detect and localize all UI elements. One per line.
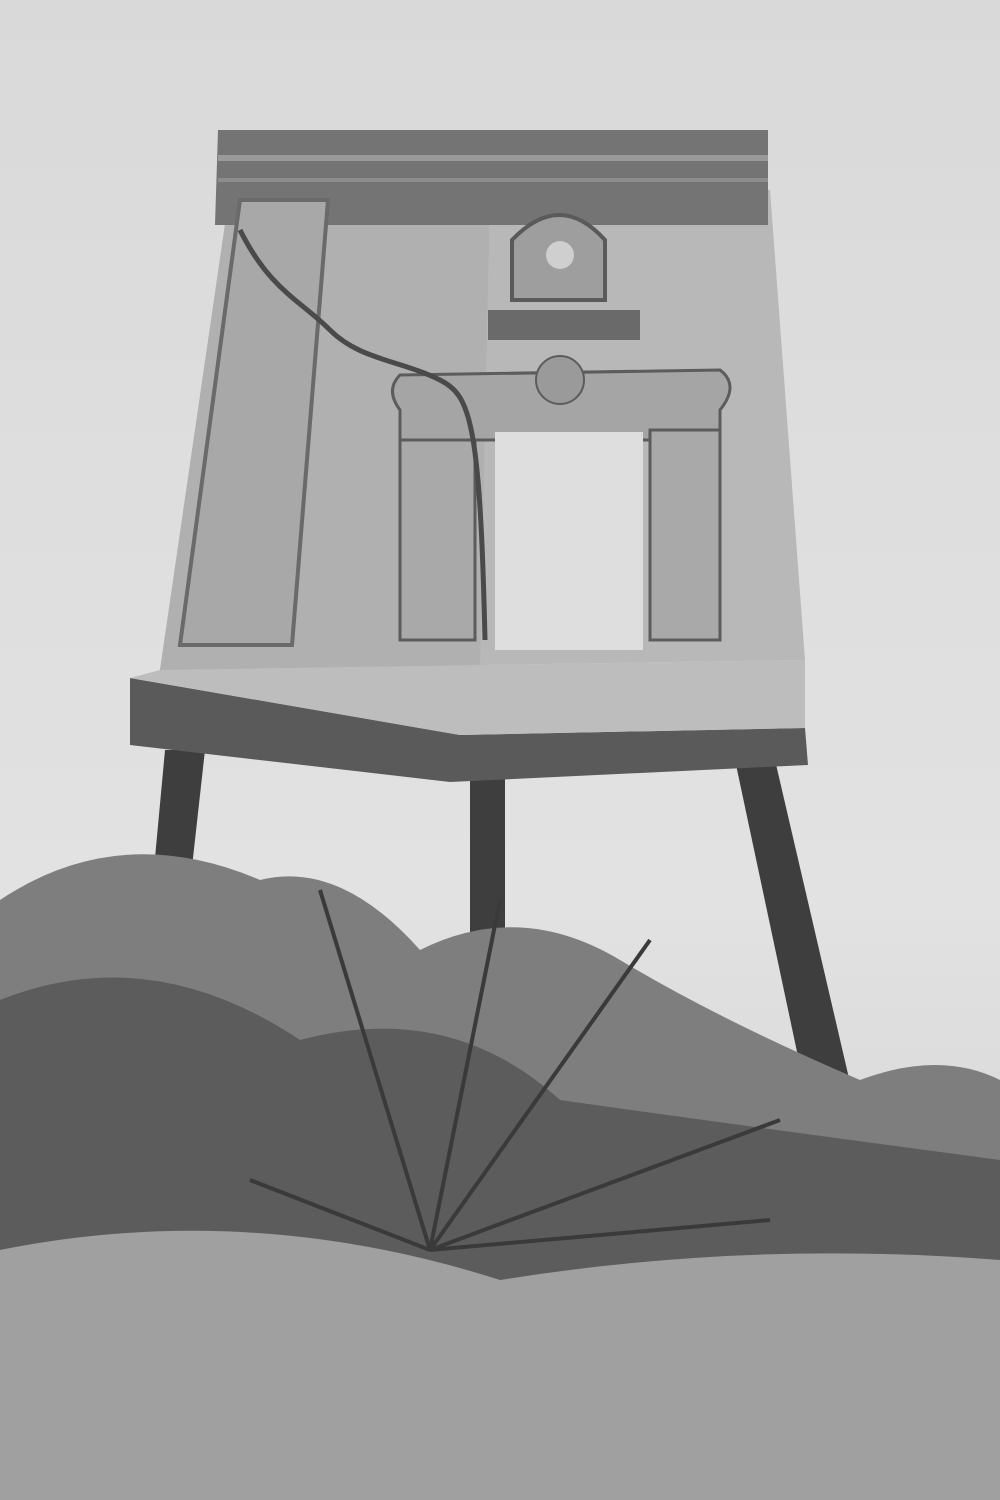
doorway-opening (495, 432, 643, 650)
base-slab (130, 660, 808, 782)
photograph (0, 0, 1000, 1500)
scene (0, 0, 1000, 1500)
vegetation (0, 854, 1000, 1500)
facade (160, 130, 805, 670)
